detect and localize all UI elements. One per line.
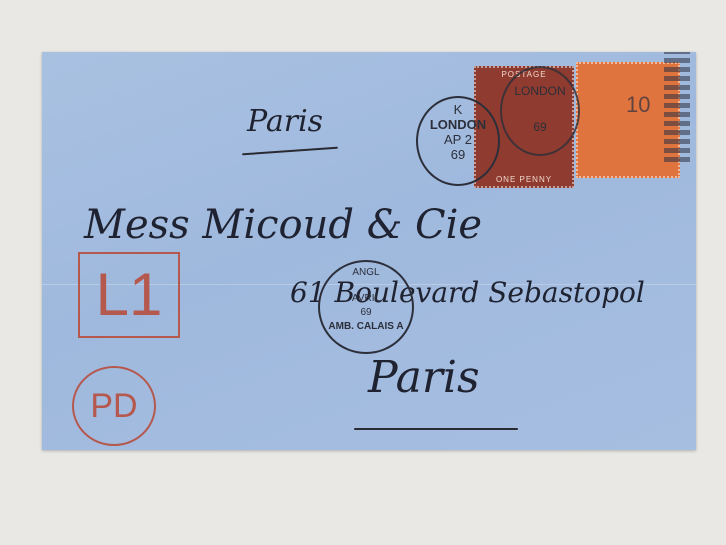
london-postmark: K LONDON AP 2 69 — [416, 96, 500, 186]
city: Paris — [368, 352, 480, 403]
postmark-line: LONDON — [502, 82, 578, 100]
postmark-line: AP 2 — [418, 132, 498, 147]
postmark-line: AMB. CALAIS A — [320, 320, 412, 334]
addressee-name: Mess Micoud & Cie — [84, 202, 482, 248]
postmark-line: LONDON — [418, 117, 498, 132]
stamp-bottom-text: ONE PENNY — [476, 175, 572, 184]
l1-boxed-marking: L1 — [78, 252, 180, 338]
route-note: Paris — [247, 104, 323, 139]
duplex-number: 10 — [626, 92, 650, 118]
postmark-line: 69 — [320, 306, 412, 320]
postmark-line: 69 — [418, 147, 498, 162]
route-underline — [242, 147, 338, 156]
l1-text: L1 — [96, 261, 163, 328]
pd-text: PD — [90, 387, 137, 425]
city-underline — [354, 428, 518, 430]
postmark-line: K — [418, 102, 498, 117]
postmark-line: ANGL — [320, 266, 412, 280]
calais-postmark: ANGL AVRIL 69 AMB. CALAIS A — [318, 260, 414, 354]
stamp-cancel-postmark: LONDON 69 — [500, 66, 580, 156]
postmark-line: AVRIL — [320, 292, 412, 306]
postmark-line: 69 — [502, 118, 578, 136]
duplex-bars — [664, 52, 690, 162]
envelope-cover: Paris POSTAGE ONE PENNY K LONDON AP 2 69… — [42, 52, 696, 450]
pd-circle-marking: PD — [72, 366, 156, 446]
